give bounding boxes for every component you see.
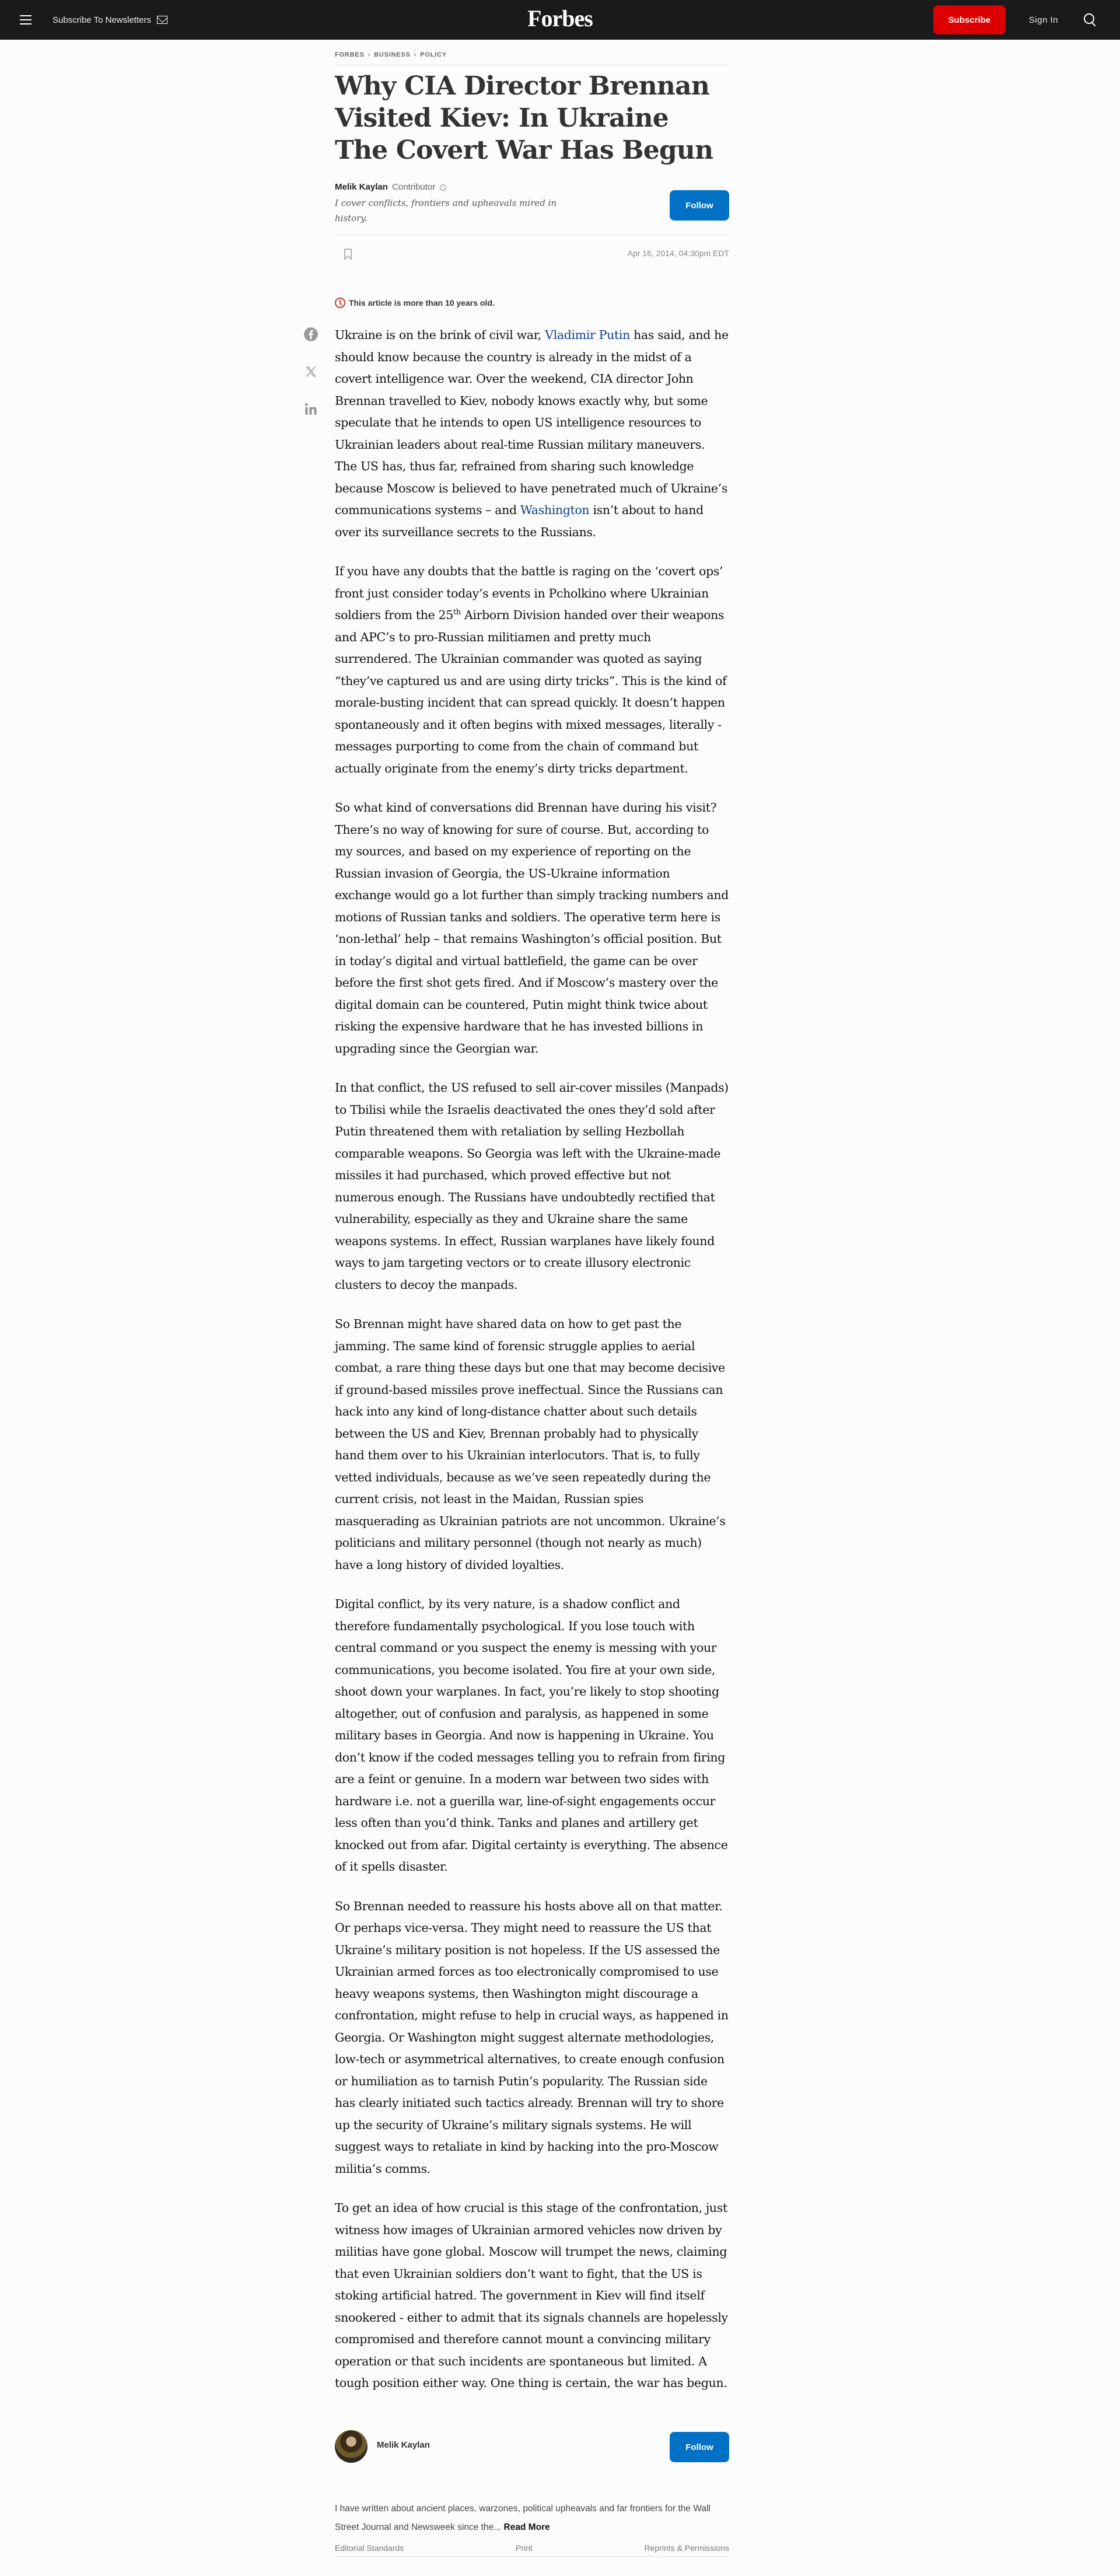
article-paragraph: So Brennan needed to reassure his hosts …: [335, 1896, 729, 2180]
article-age-text: This article is more than 10 years old.: [349, 298, 495, 307]
author-avatar[interactable]: [335, 2430, 367, 2463]
breadcrumb-forbes[interactable]: FORBES: [335, 51, 365, 58]
editorial-standards-link[interactable]: Editorial Standards: [335, 2543, 404, 2553]
byline: Melik Kaylan Contributor i I cover confl…: [335, 182, 729, 226]
print-link[interactable]: Print: [516, 2543, 533, 2553]
divider: [335, 65, 729, 65]
clock-icon: [335, 298, 345, 308]
info-icon[interactable]: i: [440, 184, 446, 191]
bookmark-icon[interactable]: [344, 249, 352, 260]
newsletter-label: Subscribe To Newsletters: [52, 15, 151, 25]
author-bio: I have written about ancient places, war…: [335, 2500, 729, 2537]
author-line: Melik Kaylan Contributor i: [335, 182, 729, 192]
article-paragraph: So Brennan might have shared data on how…: [335, 1313, 729, 1576]
article-paragraph: In that conflict, the US refused to sell…: [335, 1077, 729, 1296]
divider: [335, 2556, 729, 2557]
author-role: Contributor: [392, 182, 435, 192]
author-card-name[interactable]: Melik Kaylan: [377, 2440, 430, 2450]
share-rail: [303, 327, 318, 439]
search-icon[interactable]: [1084, 13, 1097, 26]
vladimir-putin-link[interactable]: Vladimir Putin: [545, 328, 630, 342]
paragraph-text: Airborn Division handed over their weapo…: [335, 608, 726, 775]
article-paragraph: To get an idea of how crucial is this st…: [335, 2197, 729, 2395]
chevron-right-icon: ›: [368, 51, 370, 58]
linkedin-icon[interactable]: [303, 401, 318, 417]
author-card-follow-button[interactable]: Follow: [670, 2432, 729, 2462]
breadcrumb-policy[interactable]: POLICY: [420, 51, 447, 58]
navbar-right: Subscribe Sign In: [933, 0, 1097, 40]
washington-link[interactable]: Washington: [520, 503, 589, 517]
article-age-notice: This article is more than 10 years old.: [335, 298, 729, 308]
article-body: Ukraine is on the brink of civil war, Vl…: [335, 324, 729, 2412]
reprints-permissions-link[interactable]: Reprints & Permissions: [645, 2543, 730, 2553]
x-icon[interactable]: [303, 364, 318, 379]
article-paragraph: Digital conflict, by its very nature, is…: [335, 1593, 729, 1878]
author-name[interactable]: Melik Kaylan: [335, 182, 388, 192]
article-paragraph: If you have any doubts that the battle i…: [335, 561, 729, 780]
sign-in-link[interactable]: Sign In: [1029, 15, 1058, 25]
breadcrumb: FORBES › BUSINESS › POLICY: [335, 51, 729, 58]
article-paragraph: Ukraine is on the brink of civil war, Vl…: [335, 324, 729, 543]
breadcrumb-business[interactable]: BUSINESS: [374, 51, 411, 58]
follow-button[interactable]: Follow: [670, 190, 729, 221]
navbar-left: Subscribe To Newsletters: [20, 0, 167, 40]
footer-links: Editorial Standards Print Reprints & Per…: [335, 2543, 729, 2553]
author-tagline: I cover conflicts, frontiers and upheava…: [335, 195, 580, 226]
paragraph-text: has said, and he should know because the…: [335, 328, 729, 517]
article-paragraph: So what kind of conversations did Brenna…: [335, 797, 729, 1060]
ordinal-suffix: th: [453, 608, 461, 617]
paragraph-text: Ukraine is on the brink of civil war,: [335, 328, 545, 342]
subscribe-newsletters-link[interactable]: Subscribe To Newsletters: [52, 15, 167, 25]
facebook-icon[interactable]: [303, 327, 318, 342]
top-navbar: Subscribe To Newsletters Forbes Subscrib…: [0, 0, 1120, 40]
chevron-right-icon: ›: [414, 51, 416, 58]
divider: [335, 235, 729, 235]
read-more-link[interactable]: Read More: [504, 2522, 550, 2532]
subscribe-button[interactable]: Subscribe: [933, 5, 1006, 34]
publish-timestamp: Apr 16, 2014, 04:30pm EDT: [628, 249, 729, 258]
article-meta: Apr 16, 2014, 04:30pm EDT: [335, 247, 729, 265]
mail-icon: [157, 16, 167, 24]
forbes-logo[interactable]: Forbes: [527, 5, 593, 32]
article-title: Why CIA Director Brennan Visited Kiev: I…: [335, 70, 720, 166]
menu-icon[interactable]: [20, 15, 32, 25]
